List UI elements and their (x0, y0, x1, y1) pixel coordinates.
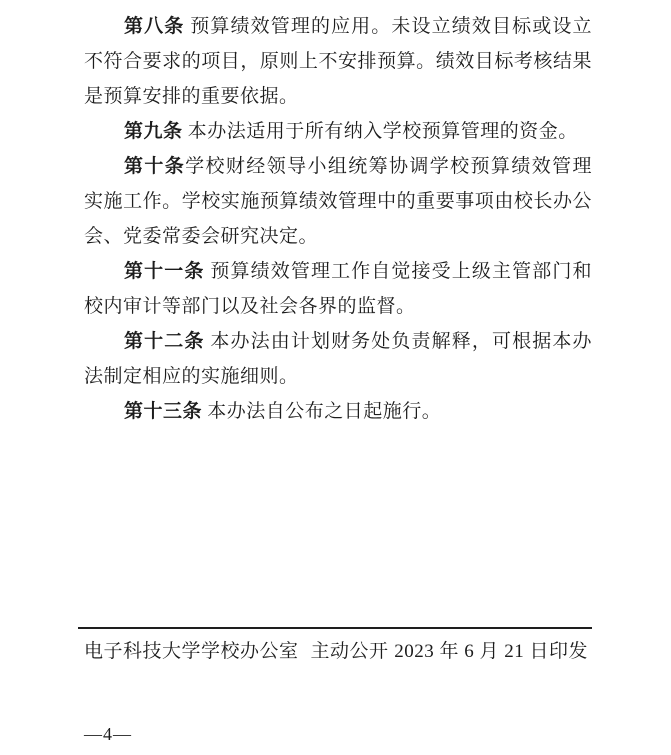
document-body: 第八条 预算绩效管理的应用。未设立绩效目标或设立不符合要求的项目，原则上不安排预… (84, 9, 592, 429)
article-number: 第十三条 (124, 401, 202, 422)
paragraph-article-10: 第十条学校财经领导小组统筹协调学校预算绩效管理实施工作。学校实施预算绩效管理中的… (84, 149, 592, 254)
article-number: 第十一条 (124, 261, 204, 282)
footer-left-group: 电子科技大学学校办公室 主动公开 (84, 639, 389, 665)
paragraph-article-9: 第九条 本办法适用于所有纳入学校预算管理的资金。 (84, 114, 592, 149)
article-number: 第十二条 (124, 331, 204, 352)
paragraph-article-11: 第十一条 预算绩效管理工作自觉接受上级主管部门和校内审计等部门以及社会各界的监督… (84, 254, 592, 324)
footer-disclosure: 主动公开 (311, 639, 389, 665)
paragraph-article-8: 第八条 预算绩效管理的应用。未设立绩效目标或设立不符合要求的项目，原则上不安排预… (84, 9, 592, 114)
article-number: 第九条 (124, 121, 183, 142)
paragraph-article-12: 第十二条 本办法由计划财务处负责解释，可根据本办法制定相应的实施细则。 (84, 324, 592, 394)
footer-issuer: 电子科技大学学校办公室 (84, 639, 299, 665)
article-number: 第十条 (124, 156, 185, 177)
page-number: —4— (84, 724, 132, 745)
document-page: 第八条 预算绩效管理的应用。未设立绩效目标或设立不符合要求的项目，原则上不安排预… (0, 0, 671, 755)
article-number: 第八条 (124, 16, 184, 37)
footer: 电子科技大学学校办公室 主动公开 2023 年 6 月 21 日印发 (84, 639, 588, 665)
paragraph-text: 本办法适用于所有纳入学校预算管理的资金。 (188, 121, 578, 142)
footer-divider (78, 627, 592, 629)
paragraph-article-13: 第十三条 本办法自公布之日起施行。 (84, 394, 592, 429)
paragraph-text: 本办法自公布之日起施行。 (207, 401, 441, 422)
footer-print-date: 2023 年 6 月 21 日印发 (394, 639, 588, 665)
